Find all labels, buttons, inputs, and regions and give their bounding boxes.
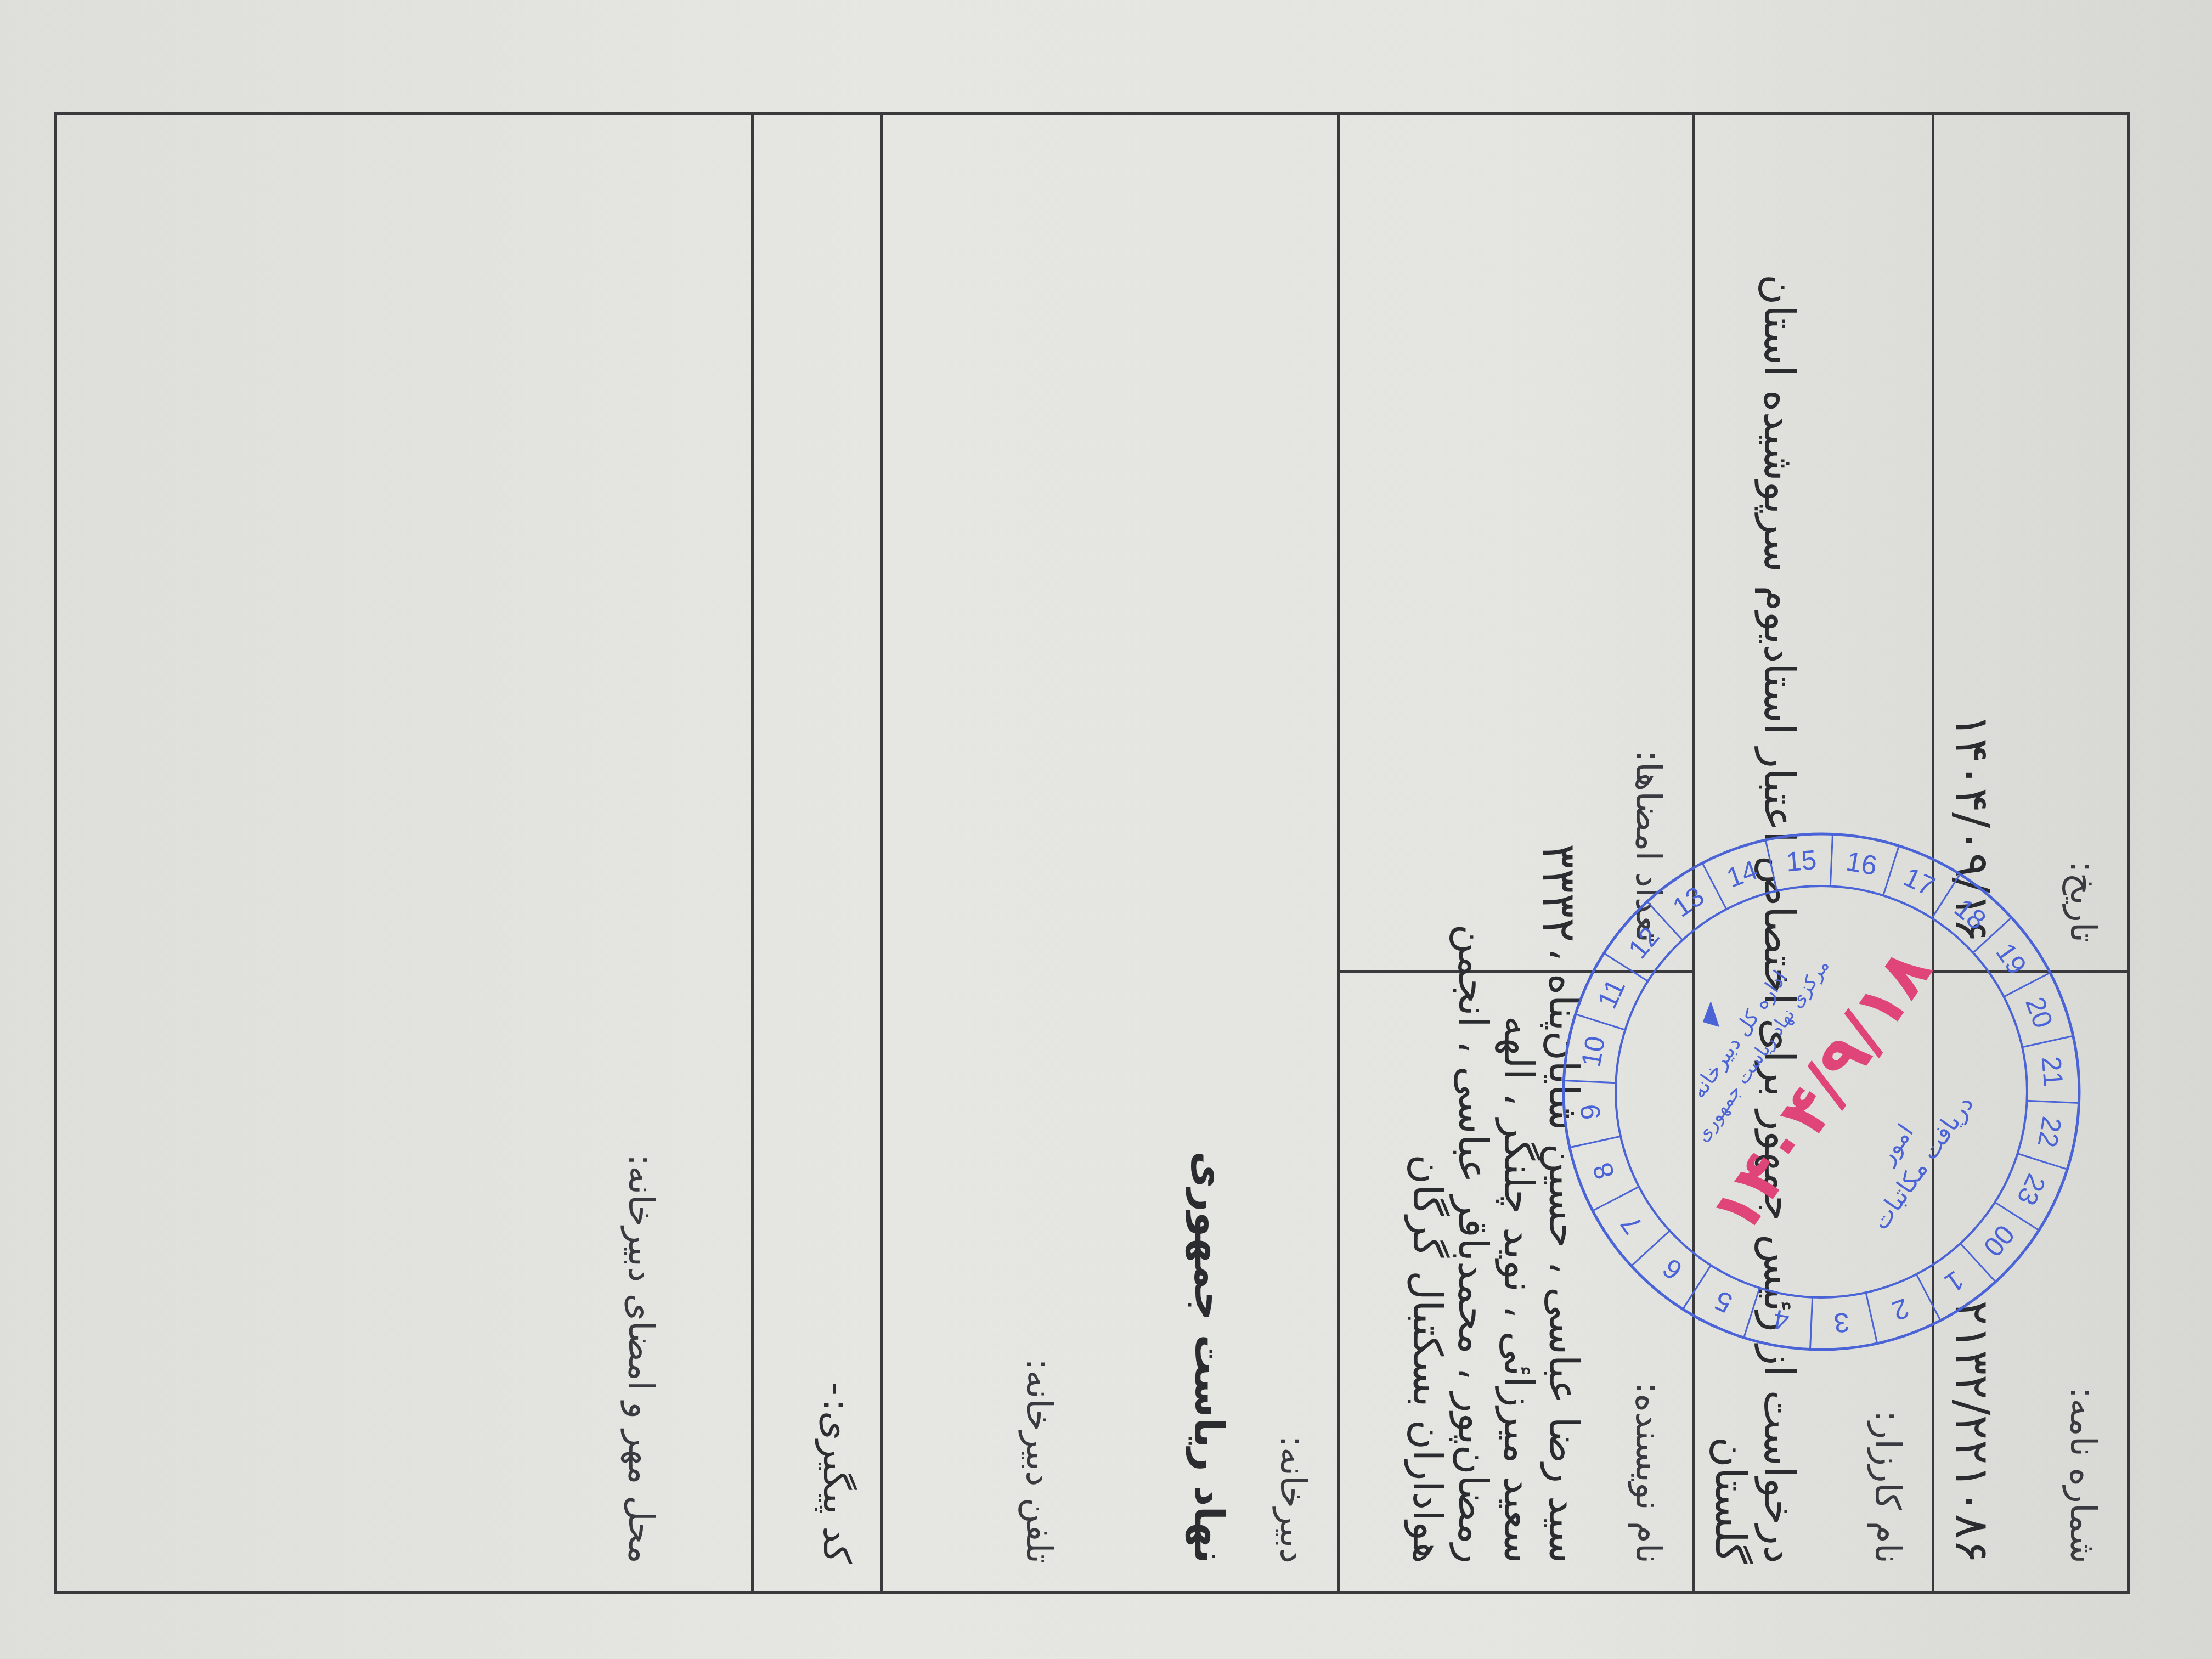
authors-line: هواداران بسکتبال گرگان [1404,1000,1450,1564]
stamp-hour-label: 3 [1833,1307,1851,1339]
stamp-hour-label: 8 [1587,1159,1621,1183]
stamp-hour-label: 22 [2032,1114,2068,1150]
stamp-hour-label: 19 [1990,938,2033,980]
stamp-hour-label: 11 [1592,974,1632,1013]
stamp-hour-label: 12 [1622,921,1666,964]
stamp-hour-label: 23 [2011,1170,2052,1210]
stamp-hour-label: 9 [1575,1103,1606,1121]
secretariat-value: نهاد ریاست جمهوری [1182,143,1237,1564]
secretariat-cell: دبیرخانه: نهاد ریاست جمهوری تلفن دبیرخان… [881,114,1338,1593]
secretariat-phone-label: تلفن دبیرخانه: [1015,143,1060,1564]
secretariat-label: دبیرخانه: [1269,143,1314,1564]
stamp-hour-label: 6 [1657,1252,1688,1286]
received-stamp: 101112131415161718192021222300123456789ا… [1547,812,2096,1361]
stamp-hour-label: 7 [1615,1210,1649,1240]
authors-line: سعید میرزائی ، نوید چلنگر ، الهه [1496,1000,1541,1564]
stamp-hour-label: 18 [1949,893,1992,936]
stamp-hour-label: 16 [1844,846,1880,882]
stamp-hour-label: 17 [1899,861,1940,902]
tracking-label: کد پیگیری: [815,1398,858,1564]
stamp-graphic: 101112131415161718192021222300123456789ا… [1547,812,2096,1361]
stamp-hour-label: 4 [1771,1304,1791,1336]
stamp-hour-label: 5 [1710,1285,1737,1319]
tracking-cell: کد پیگیری: - [752,114,881,1593]
stamp-hour-label: 20 [2019,993,2059,1032]
stamp-hour-label: 14 [1723,854,1762,894]
stamp-dept-line-2: دریافت مکاتبات [1866,1090,1979,1235]
stamp-hour-label: 1 [1939,1265,1970,1299]
seal-area-label: محل مهر و امضای دبیرخانه: [617,143,663,1564]
stamp-hour-label: 10 [1576,1034,1611,1069]
stamp-hour-label: 2 [1888,1293,1913,1327]
stamp-hour-label: 13 [1667,881,1710,923]
stamp-hour-label: 15 [1785,844,1818,878]
stamp-hour-label: 00 [1977,1219,2021,1262]
tracking-value: - [815,1383,858,1396]
authors-line: رمضان‌پور ، محمدباقر عباسی ، انجمن [1450,1000,1496,1564]
stamp-logo-icon [1699,1001,1729,1031]
stamp-hour-label: 21 [2036,1055,2069,1088]
seal-area-cell: محل مهر و امضای دبیرخانه: [55,114,753,1593]
